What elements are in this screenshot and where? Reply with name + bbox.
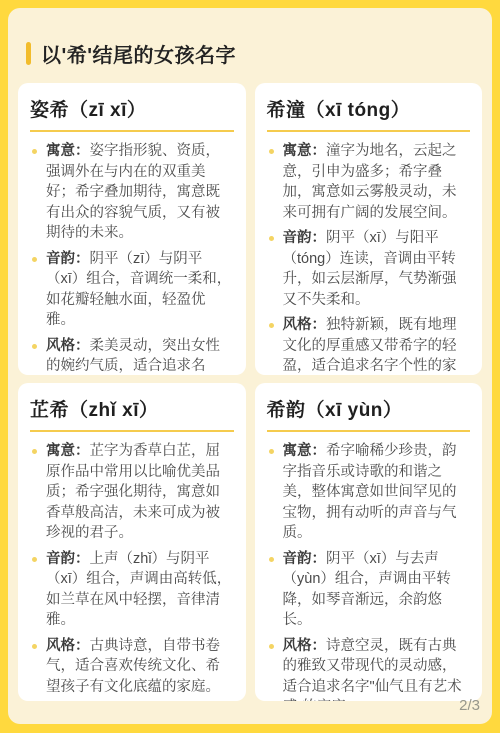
bullet-item-meaning: 寓意：希字喻稀少珍贵，韵字指音乐或诗歌的和谐之美，整体寓意如世间罕见的宝物，拥有… [267,441,471,544]
name-card-zixi: 姿希（zī xī） 寓意：姿字指形貌、资质，强调外在与内在的双重美好；希字叠加期… [18,83,246,375]
bullet-label: 风格： [46,638,90,654]
bullet-label: 风格： [283,317,327,333]
bullet-item-style: 风格：柔美灵动，突出女性的婉约气质，适合追求名字"仙气且柔美"的家庭。 [30,336,234,376]
bullet-list: 寓意：希字喻稀少珍贵，韵字指音乐或诗歌的和谐之美，整体寓意如世间罕见的宝物，拥有… [267,441,471,701]
page-header: 以'希'结尾的女孩名字 [26,39,474,68]
bullet-label: 音韵： [283,551,327,567]
bullet-item-phonetics: 音韵：阴平（xī）与阳平（tóng）连读，音调由平转升，如云层渐厚，气势渐强又不… [267,228,471,310]
bullet-label: 风格： [46,338,90,354]
card-title: 姿希（zī xī） [30,95,234,132]
card-title: 芷希（zhǐ xī） [30,395,234,432]
bullet-item-phonetics: 音韵：阴平（zī）与阴平（xī）组合，音调统一柔和，如花瓣轻触水面，轻盈优雅。 [30,249,234,331]
name-card-zhixi: 芷希（zhǐ xī） 寓意：芷字为香草白芷，屈原作品中常用以比喻优美品质；希字强… [18,383,246,701]
card-title: 希韵（xī yùn） [267,395,471,432]
bullet-label: 风格： [283,638,327,654]
bullet-list: 寓意：姿字指形貌、资质，强调外在与内在的双重美好；希字叠加期待，寓意既有出众的容… [30,141,234,375]
bullet-list: 寓意：潼字为地名，云起之意，引申为盛多；希字叠加，寓意如云雾般灵动，未来可拥有广… [267,141,471,375]
page-title: 以'希'结尾的女孩名字 [41,39,236,68]
title-accent-bar [26,42,31,65]
page-indicator: 2/3 [459,697,480,714]
bullet-label: 寓意： [46,143,90,159]
bullet-item-meaning: 寓意：潼字为地名，云起之意，引申为盛多；希字叠加，寓意如云雾般灵动，未来可拥有广… [267,141,471,223]
cards-grid: 姿希（zī xī） 寓意：姿字指形貌、资质，强调外在与内在的双重美好；希字叠加期… [18,83,482,701]
card-title: 希潼（xī tóng） [267,95,471,132]
bullet-label: 寓意： [46,443,90,459]
bullet-item-style: 风格：诗意空灵，既有古典的雅致又带现代的灵动感，适合追求名字"仙气且有艺术感"的… [267,636,471,702]
name-card-xitong: 希潼（xī tóng） 寓意：潼字为地名，云起之意，引申为盛多；希字叠加，寓意如… [255,83,483,375]
bullet-item-meaning: 寓意：姿字指形貌、资质，强调外在与内在的双重美好；希字叠加期待，寓意既有出众的容… [30,141,234,244]
bullet-list: 寓意：芷字为香草白芷，屈原作品中常用以比喻优美品质；希字强化期待，寓意如香草般高… [30,441,234,697]
bullet-label: 音韵： [283,230,327,246]
bullet-label: 音韵： [46,551,90,567]
bullet-item-style: 风格：古典诗意，自带书卷气，适合喜欢传统文化、希望孩子有文化底蕴的家庭。 [30,636,234,698]
page-background: 以'希'结尾的女孩名字 姿希（zī xī） 寓意：姿字指形貌、资质，强调外在与内… [8,8,492,724]
bullet-item-style: 风格：独特新颖，既有地理文化的厚重感又带希字的轻盈，适合追求名字个性的家庭。 [267,315,471,375]
bullet-label: 寓意： [283,443,327,459]
bullet-label: 寓意： [283,143,327,159]
bullet-item-meaning: 寓意：芷字为香草白芷，屈原作品中常用以比喻优美品质；希字强化期待，寓意如香草般高… [30,441,234,544]
bullet-item-phonetics: 音韵：上声（zhǐ）与阴平（xī）组合，声调由高转低，如兰草在风中轻摆，音律清雅… [30,549,234,631]
bullet-item-phonetics: 音韵：阴平（xī）与去声（yùn）组合，声调由平转降，如琴音渐远，余韵悠长。 [267,549,471,631]
name-card-xiyun: 希韵（xī yùn） 寓意：希字喻稀少珍贵，韵字指音乐或诗歌的和谐之美，整体寓意… [255,383,483,701]
bullet-label: 音韵： [46,251,90,267]
